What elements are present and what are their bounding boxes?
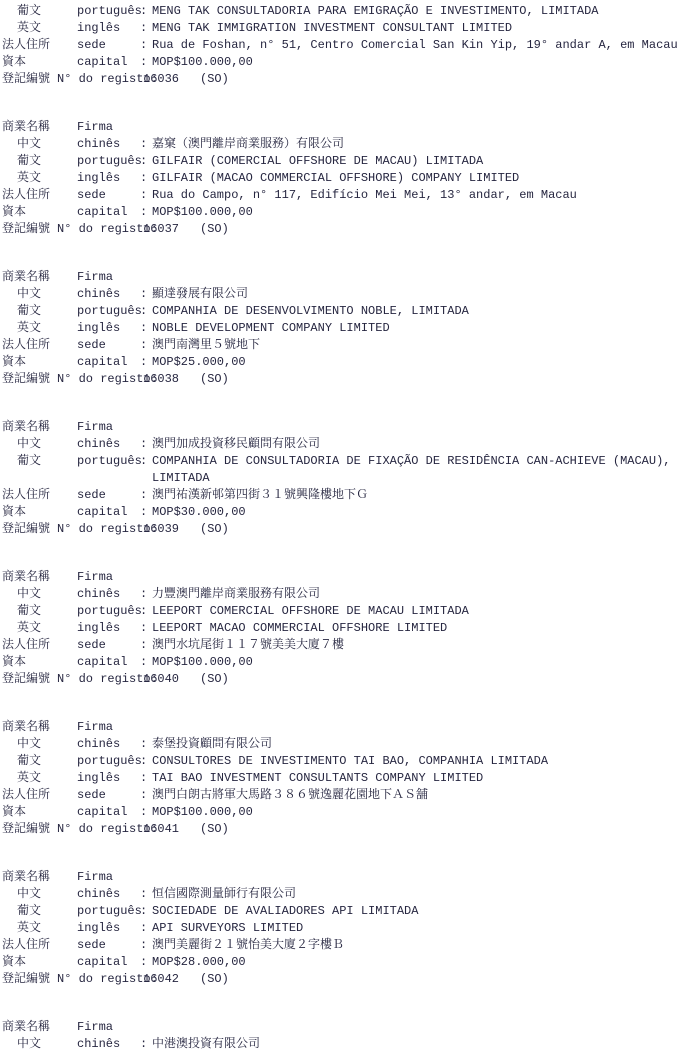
- colon: :: [140, 286, 147, 303]
- sede-value: Rua do Campo, n° 117, Edifício Mei Mei, …: [152, 187, 577, 204]
- colon: :: [140, 303, 147, 320]
- portuguese-name-row: 葡文português:GILFAIR (COMERCIAL OFFSHORE …: [0, 153, 693, 170]
- firma-label-pt: Firma: [77, 119, 113, 136]
- english-label-pt: inglês: [77, 320, 120, 337]
- colon: :: [140, 20, 147, 37]
- chinese-label-pt: chinês: [77, 886, 120, 903]
- sede-label-zh: 法人住所: [2, 787, 50, 804]
- registry-entry: 商業名稱Firma中文chinês:嘉窠（澳門離岸商業服務）有限公司葡文port…: [0, 119, 693, 238]
- registo-row: 登記編號N° do registo:16038(SO): [0, 371, 693, 388]
- sede-value: 澳門白朗古將軍大馬路３８６號逸麗花園地下ＡＳ舖: [152, 787, 428, 804]
- colon: :: [140, 1036, 147, 1053]
- registry-page: 葡文português:MENG TAK CONSULTADORIA PARA …: [0, 0, 693, 1061]
- capital-value: MOP$100.000,00: [152, 654, 253, 671]
- registo-suffix: (SO): [200, 71, 229, 88]
- colon: :: [140, 436, 147, 453]
- colon: :: [140, 603, 147, 620]
- capital-row: 資本capital:MOP$30.000,00: [0, 504, 693, 521]
- firma-row: 商業名稱Firma: [0, 869, 693, 886]
- sede-value: 澳門南灣里５號地下: [152, 337, 260, 354]
- firma-label-pt: Firma: [77, 569, 113, 586]
- registo-suffix: (SO): [200, 671, 229, 688]
- chinese-label-zh: 中文: [17, 886, 41, 903]
- chinese-name-value: 恒信國際測量師行有限公司: [152, 886, 296, 903]
- english-name-row: 英文inglês:API SURVEYORS LIMITED: [0, 920, 693, 937]
- capital-label-pt: capital: [77, 654, 127, 671]
- capital-value: MOP$100.000,00: [152, 54, 253, 71]
- firma-row: 商業名稱Firma: [0, 1019, 693, 1036]
- colon: :: [140, 937, 147, 954]
- sede-value: 澳門美麗街２１號怡美大廈２字樓Ｂ: [152, 937, 344, 954]
- chinese-label-zh: 中文: [17, 1036, 41, 1053]
- capital-value: MOP$28.000,00: [152, 954, 246, 971]
- english-name-row: 英文inglês:LEEPORT MACAO COMMERCIAL OFFSHO…: [0, 620, 693, 637]
- colon: :: [140, 354, 147, 371]
- chinese-label-pt: chinês: [77, 736, 120, 753]
- registo-label-zh: 登記編號: [2, 971, 50, 988]
- sede-label-pt: sede: [77, 337, 106, 354]
- capital-value: MOP$30.000,00: [152, 504, 246, 521]
- chinese-label-pt: chinês: [77, 586, 120, 603]
- chinese-name-value: 顯達發展有限公司: [152, 286, 248, 303]
- colon: :: [140, 37, 147, 54]
- english-name-value: MENG TAK IMMIGRATION INVESTMENT CONSULTA…: [152, 20, 512, 37]
- chinese-name-value: 泰堡投資顧問有限公司: [152, 736, 272, 753]
- english-label-zh: 英文: [17, 920, 41, 937]
- chinese-name-row: 中文chinês:中港澳投資有限公司: [0, 1036, 693, 1053]
- firma-label-zh: 商業名稱: [2, 269, 50, 286]
- registry-entry: 葡文português:MENG TAK CONSULTADORIA PARA …: [0, 3, 693, 88]
- portuguese-name-value: LEEPORT COMERCIAL OFFSHORE DE MACAU LIMI…: [152, 603, 469, 620]
- firma-row: 商業名稱Firma: [0, 269, 693, 286]
- chinese-label-pt: chinês: [77, 136, 120, 153]
- firma-label-zh: 商業名稱: [2, 869, 50, 886]
- sede-label-zh: 法人住所: [2, 337, 50, 354]
- english-label-pt: inglês: [77, 770, 120, 787]
- colon: :: [140, 54, 147, 71]
- sede-label-zh: 法人住所: [2, 487, 50, 504]
- registry-entry: 商業名稱Firma中文chinês:顯達發展有限公司葡文português:CO…: [0, 269, 693, 388]
- sede-row: 法人住所sede:Rua de Foshan, n° 51, Centro Co…: [0, 37, 693, 54]
- english-label-pt: inglês: [77, 20, 120, 37]
- portuguese-label-zh: 葡文: [17, 3, 41, 20]
- capital-row: 資本capital:MOP$25.000,00: [0, 354, 693, 371]
- colon: :: [140, 504, 147, 521]
- portuguese-label-pt: português: [77, 153, 142, 170]
- english-name-value: NOBLE DEVELOPMENT COMPANY LIMITED: [152, 320, 390, 337]
- registo-row: 登記編號N° do registo:16040(SO): [0, 671, 693, 688]
- english-name-value: API SURVEYORS LIMITED: [152, 920, 303, 937]
- registo-row: 登記編號N° do registo:16036(SO): [0, 71, 693, 88]
- portuguese-label-pt: português: [77, 753, 142, 770]
- colon: :: [140, 586, 147, 603]
- sede-value: Rua de Foshan, n° 51, Centro Comercial S…: [152, 37, 678, 54]
- capital-label-zh: 資本: [2, 54, 26, 71]
- registo-suffix: (SO): [200, 971, 229, 988]
- portuguese-label-pt: português: [77, 603, 142, 620]
- colon: :: [140, 337, 147, 354]
- registo-label-zh: 登記編號: [2, 71, 50, 88]
- sede-label-zh: 法人住所: [2, 37, 50, 54]
- registo-number: 16038: [143, 371, 179, 388]
- firma-row: 商業名稱Firma: [0, 419, 693, 436]
- chinese-label-zh: 中文: [17, 436, 41, 453]
- colon: :: [140, 753, 147, 770]
- portuguese-name-row: 葡文português:CONSULTORES DE INVESTIMENTO …: [0, 753, 693, 770]
- portuguese-label-pt: português: [77, 453, 142, 470]
- sede-row: 法人住所sede:澳門水坑尾街１１７號美美大廈７樓: [0, 637, 693, 654]
- colon: :: [140, 320, 147, 337]
- registo-label-zh: 登記編號: [2, 671, 50, 688]
- portuguese-name-wrap-value: LIMITADA: [152, 470, 210, 487]
- chinese-name-row: 中文chinês:恒信國際測量師行有限公司: [0, 886, 693, 903]
- chinese-name-row: 中文chinês:力豐澳門離岸商業服務有限公司: [0, 586, 693, 603]
- registo-row: 登記編號N° do registo:16037(SO): [0, 221, 693, 238]
- registry-entry: 商業名稱Firma中文chinês:力豐澳門離岸商業服務有限公司葡文portug…: [0, 569, 693, 688]
- chinese-label-pt: chinês: [77, 1036, 120, 1053]
- registry-entry: 商業名稱Firma中文chinês:澳門加成投資移民顧問有限公司葡文portug…: [0, 419, 693, 538]
- chinese-name-row: 中文chinês:顯達發展有限公司: [0, 286, 693, 303]
- registo-suffix: (SO): [200, 821, 229, 838]
- colon: :: [140, 187, 147, 204]
- sede-label-pt: sede: [77, 187, 106, 204]
- english-label-zh: 英文: [17, 20, 41, 37]
- firma-label-pt: Firma: [77, 1019, 113, 1036]
- registo-number: 16039: [143, 521, 179, 538]
- colon: :: [140, 770, 147, 787]
- portuguese-label-pt: português: [77, 303, 142, 320]
- chinese-name-value: 力豐澳門離岸商業服務有限公司: [152, 586, 320, 603]
- capital-value: MOP$100.000,00: [152, 204, 253, 221]
- portuguese-label-zh: 葡文: [17, 753, 41, 770]
- capital-label-zh: 資本: [2, 504, 26, 521]
- colon: :: [140, 620, 147, 637]
- chinese-name-value: 澳門加成投資移民顧問有限公司: [152, 436, 320, 453]
- registo-label-zh: 登記編號: [2, 821, 50, 838]
- firma-label-pt: Firma: [77, 719, 113, 736]
- firma-row: 商業名稱Firma: [0, 719, 693, 736]
- registo-suffix: (SO): [200, 221, 229, 238]
- firma-label-zh: 商業名稱: [2, 569, 50, 586]
- english-label-zh: 英文: [17, 320, 41, 337]
- firma-row: 商業名稱Firma: [0, 569, 693, 586]
- colon: :: [140, 787, 147, 804]
- colon: :: [140, 637, 147, 654]
- colon: :: [140, 654, 147, 671]
- colon: :: [140, 920, 147, 937]
- registo-row: 登記編號N° do registo:16042(SO): [0, 971, 693, 988]
- capital-label-pt: capital: [77, 354, 127, 371]
- capital-label-pt: capital: [77, 954, 127, 971]
- firma-label-pt: Firma: [77, 419, 113, 436]
- sede-row: 法人住所sede:澳門白朗古將軍大馬路３８６號逸麗花園地下ＡＳ舖: [0, 787, 693, 804]
- capital-label-zh: 資本: [2, 954, 26, 971]
- portuguese-name-row: 葡文português:MENG TAK CONSULTADORIA PARA …: [0, 3, 693, 20]
- colon: :: [140, 954, 147, 971]
- sede-label-pt: sede: [77, 637, 106, 654]
- registo-label-zh: 登記編號: [2, 371, 50, 388]
- english-name-row: 英文inglês:GILFAIR (MACAO COMMERCIAL OFFSH…: [0, 170, 693, 187]
- colon: :: [140, 204, 147, 221]
- capital-label-zh: 資本: [2, 804, 26, 821]
- registo-number: 16040: [143, 671, 179, 688]
- capital-label-zh: 資本: [2, 654, 26, 671]
- capital-value: MOP$100.000,00: [152, 804, 253, 821]
- sede-label-pt: sede: [77, 487, 106, 504]
- portuguese-name-value: GILFAIR (COMERCIAL OFFSHORE DE MACAU) LI…: [152, 153, 483, 170]
- registry-entry: 商業名稱Firma中文chinês:恒信國際測量師行有限公司葡文portuguê…: [0, 869, 693, 988]
- english-label-pt: inglês: [77, 920, 120, 937]
- registo-number: 16041: [143, 821, 179, 838]
- portuguese-label-zh: 葡文: [17, 453, 41, 470]
- portuguese-name-value: SOCIEDADE DE AVALIADORES API LIMITADA: [152, 903, 418, 920]
- english-name-row: 英文inglês:MENG TAK IMMIGRATION INVESTMENT…: [0, 20, 693, 37]
- portuguese-name-value: MENG TAK CONSULTADORIA PARA EMIGRAÇÃO E …: [152, 3, 598, 20]
- chinese-name-row: 中文chinês:嘉窠（澳門離岸商業服務）有限公司: [0, 136, 693, 153]
- english-name-row: 英文inglês:NOBLE DEVELOPMENT COMPANY LIMIT…: [0, 320, 693, 337]
- firma-label-zh: 商業名稱: [2, 119, 50, 136]
- capital-label-zh: 資本: [2, 354, 26, 371]
- capital-label-zh: 資本: [2, 204, 26, 221]
- chinese-label-zh: 中文: [17, 286, 41, 303]
- registo-suffix: (SO): [200, 521, 229, 538]
- registo-number: 16042: [143, 971, 179, 988]
- chinese-label-zh: 中文: [17, 586, 41, 603]
- english-label-zh: 英文: [17, 170, 41, 187]
- registry-entry: 商業名稱Firma中文chinês:泰堡投資顧問有限公司葡文português:…: [0, 719, 693, 838]
- sede-label-pt: sede: [77, 37, 106, 54]
- registry-entry: 商業名稱Firma中文chinês:中港澳投資有限公司: [0, 1019, 693, 1053]
- sede-label-zh: 法人住所: [2, 637, 50, 654]
- chinese-label-zh: 中文: [17, 736, 41, 753]
- portuguese-label-zh: 葡文: [17, 603, 41, 620]
- english-name-row: 英文inglês:TAI BAO INVESTMENT CONSULTANTS …: [0, 770, 693, 787]
- colon: :: [140, 3, 147, 20]
- chinese-name-row: 中文chinês:泰堡投資顧問有限公司: [0, 736, 693, 753]
- colon: :: [140, 136, 147, 153]
- registo-number: 16037: [143, 221, 179, 238]
- capital-label-pt: capital: [77, 804, 127, 821]
- registo-number: 16036: [143, 71, 179, 88]
- portuguese-name-value: COMPANHIA DE CONSULTADORIA DE FIXAÇÃO DE…: [152, 453, 670, 470]
- chinese-name-row: 中文chinês:澳門加成投資移民顧問有限公司: [0, 436, 693, 453]
- registo-label-zh: 登記編號: [2, 221, 50, 238]
- english-label-zh: 英文: [17, 620, 41, 637]
- colon: :: [140, 487, 147, 504]
- registo-label-zh: 登記編號: [2, 521, 50, 538]
- sede-label-zh: 法人住所: [2, 187, 50, 204]
- portuguese-name-wrap-row: LIMITADA: [0, 470, 693, 487]
- portuguese-name-row: 葡文português:COMPANHIA DE DESENVOLVIMENTO…: [0, 303, 693, 320]
- capital-label-pt: capital: [77, 204, 127, 221]
- capital-row: 資本capital:MOP$100.000,00: [0, 54, 693, 71]
- portuguese-name-row: 葡文português:LEEPORT COMERCIAL OFFSHORE D…: [0, 603, 693, 620]
- capital-row: 資本capital:MOP$100.000,00: [0, 654, 693, 671]
- capital-row: 資本capital:MOP$28.000,00: [0, 954, 693, 971]
- sede-row: 法人住所sede:澳門祐漢新邨第四街３１號興隆樓地下Ｇ: [0, 487, 693, 504]
- sede-label-zh: 法人住所: [2, 937, 50, 954]
- chinese-name-value: 嘉窠（澳門離岸商業服務）有限公司: [152, 136, 344, 153]
- portuguese-name-value: CONSULTORES DE INVESTIMENTO TAI BAO, COM…: [152, 753, 548, 770]
- colon: :: [140, 170, 147, 187]
- chinese-label-pt: chinês: [77, 436, 120, 453]
- registo-suffix: (SO): [200, 371, 229, 388]
- capital-value: MOP$25.000,00: [152, 354, 246, 371]
- chinese-label-zh: 中文: [17, 136, 41, 153]
- colon: :: [140, 804, 147, 821]
- capital-label-pt: capital: [77, 54, 127, 71]
- capital-label-pt: capital: [77, 504, 127, 521]
- firma-label-zh: 商業名稱: [2, 419, 50, 436]
- portuguese-label-zh: 葡文: [17, 153, 41, 170]
- colon: :: [140, 903, 147, 920]
- capital-row: 資本capital:MOP$100.000,00: [0, 204, 693, 221]
- firma-label-pt: Firma: [77, 869, 113, 886]
- english-label-pt: inglês: [77, 620, 120, 637]
- english-name-value: LEEPORT MACAO COMMERCIAL OFFSHORE LIMITE…: [152, 620, 447, 637]
- sede-row: 法人住所sede:澳門南灣里５號地下: [0, 337, 693, 354]
- english-name-value: GILFAIR (MACAO COMMERCIAL OFFSHORE) COMP…: [152, 170, 519, 187]
- portuguese-name-row: 葡文português:SOCIEDADE DE AVALIADORES API…: [0, 903, 693, 920]
- portuguese-label-zh: 葡文: [17, 903, 41, 920]
- colon: :: [140, 153, 147, 170]
- sede-label-pt: sede: [77, 937, 106, 954]
- portuguese-name-value: COMPANHIA DE DESENVOLVIMENTO NOBLE, LIMI…: [152, 303, 469, 320]
- colon: :: [140, 886, 147, 903]
- sede-value: 澳門祐漢新邨第四街３１號興隆樓地下Ｇ: [152, 487, 368, 504]
- portuguese-label-zh: 葡文: [17, 303, 41, 320]
- capital-row: 資本capital:MOP$100.000,00: [0, 804, 693, 821]
- english-label-zh: 英文: [17, 770, 41, 787]
- sede-label-pt: sede: [77, 787, 106, 804]
- firma-label-pt: Firma: [77, 269, 113, 286]
- portuguese-label-pt: português: [77, 3, 142, 20]
- registo-row: 登記編號N° do registo:16041(SO): [0, 821, 693, 838]
- portuguese-name-row: 葡文português:COMPANHIA DE CONSULTADORIA D…: [0, 453, 693, 470]
- firma-label-zh: 商業名稱: [2, 1019, 50, 1036]
- colon: :: [140, 736, 147, 753]
- firma-label-zh: 商業名稱: [2, 719, 50, 736]
- chinese-label-pt: chinês: [77, 286, 120, 303]
- portuguese-label-pt: português: [77, 903, 142, 920]
- colon: :: [140, 453, 147, 470]
- registo-row: 登記編號N° do registo:16039(SO): [0, 521, 693, 538]
- sede-row: 法人住所sede:Rua do Campo, n° 117, Edifício …: [0, 187, 693, 204]
- sede-value: 澳門水坑尾街１１７號美美大廈７樓: [152, 637, 344, 654]
- firma-row: 商業名稱Firma: [0, 119, 693, 136]
- sede-row: 法人住所sede:澳門美麗街２１號怡美大廈２字樓Ｂ: [0, 937, 693, 954]
- chinese-name-value: 中港澳投資有限公司: [152, 1036, 260, 1053]
- english-label-pt: inglês: [77, 170, 120, 187]
- english-name-value: TAI BAO INVESTMENT CONSULTANTS COMPANY L…: [152, 770, 483, 787]
